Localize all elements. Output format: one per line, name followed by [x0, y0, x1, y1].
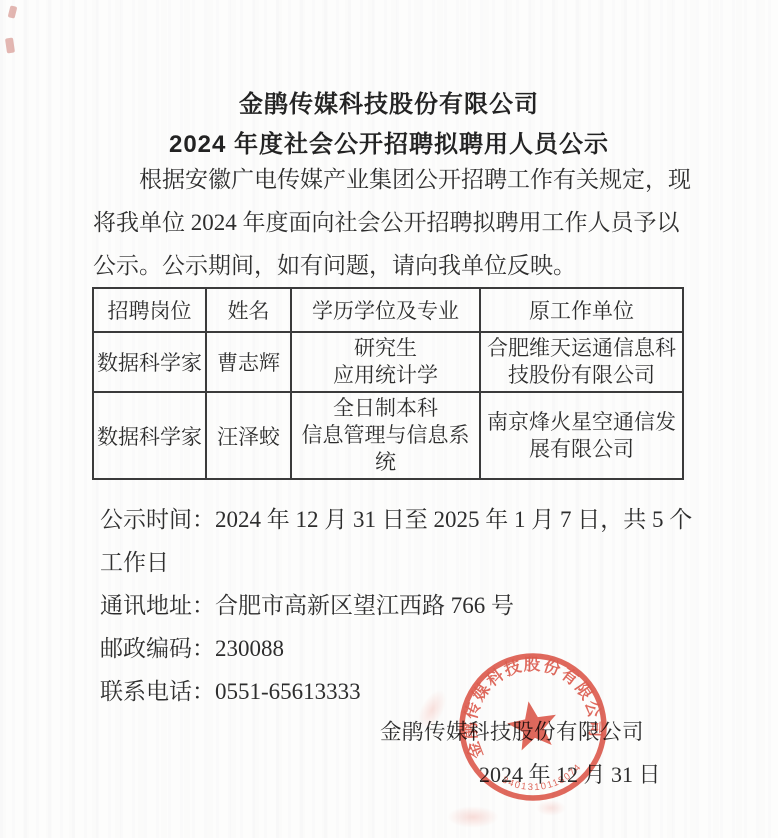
- cell-former-employer: 南京烽火星空通信发 展有限公司: [480, 392, 683, 479]
- cell-name: 汪泽蛟: [206, 392, 291, 479]
- cell-education: 研究生 应用统计学: [291, 332, 480, 392]
- col-header-name: 姓名: [206, 288, 291, 332]
- body-paragraph-line: 将我单位 2024 年度面向社会公开招聘拟聘用工作人员予以: [93, 209, 693, 237]
- contact-address-line: 通讯地址：合肥市高新区望江西路 766 号: [100, 592, 514, 620]
- table-row: 数据科学家 汪泽蛟 全日制本科 信息管理与信息系统 南京烽火星空通信发 展有限公…: [93, 392, 683, 479]
- notice-period-line: 公示时间：2024 年 12 月 31 日至 2025 年 1 月 7 日，共 …: [100, 506, 692, 534]
- body-paragraph-line: 公示。公示期间，如有问题，请向我单位反映。: [93, 252, 693, 280]
- candidates-table: 招聘岗位 姓名 学历学位及专业 原工作单位 数据科学家 曹志辉 研究生 应用统计…: [92, 287, 684, 480]
- employer-line: 技股份有限公司: [483, 362, 680, 389]
- employer-line: 展有限公司: [483, 436, 680, 463]
- education-major: 信息管理与信息系统: [294, 422, 477, 476]
- col-header-former-employer: 原工作单位: [480, 288, 683, 332]
- cell-position: 数据科学家: [93, 332, 206, 392]
- cell-name: 曹志辉: [206, 332, 291, 392]
- cell-position: 数据科学家: [93, 392, 206, 479]
- education-degree: 全日制本科: [294, 395, 477, 422]
- body-paragraph-line: 根据安徽广电传媒产业集团公开招聘工作有关规定，现: [93, 166, 693, 194]
- col-header-education: 学历学位及专业: [291, 288, 480, 332]
- company-seal-stamp: 金鹃传媒科技股份有限公司 3401310118074: [438, 632, 628, 822]
- cell-former-employer: 合肥维天运通信息科 技股份有限公司: [480, 332, 683, 392]
- document-title-company: 金鹃传媒科技股份有限公司: [0, 84, 778, 119]
- education-major: 应用统计学: [294, 362, 477, 389]
- table-header-row: 招聘岗位 姓名 学历学位及专业 原工作单位: [93, 288, 683, 332]
- table-row: 数据科学家 曹志辉 研究生 应用统计学 合肥维天运通信息科 技股份有限公司: [93, 332, 683, 392]
- employer-line: 南京烽火星空通信发: [483, 409, 680, 436]
- education-degree: 研究生: [294, 335, 477, 362]
- employer-line: 合肥维天运通信息科: [483, 335, 680, 362]
- contact-phone-line: 联系电话：0551-65613333: [100, 678, 361, 706]
- col-header-position: 招聘岗位: [93, 288, 206, 332]
- scanned-announcement-document: { "page": { "title_line1": "金鹃传媒科技股份有限公司…: [0, 0, 778, 838]
- cell-education: 全日制本科 信息管理与信息系统: [291, 392, 480, 479]
- scan-artifact-mark: [5, 38, 15, 54]
- notice-period-line2: 工作日: [100, 549, 169, 577]
- red-star-icon: [504, 697, 561, 752]
- document-title-subject: 2024 年度社会公开招聘拟聘用人员公示: [0, 124, 778, 159]
- postal-code-line: 邮政编码：230088: [100, 635, 284, 663]
- scan-artifact-mark: [8, 5, 18, 18]
